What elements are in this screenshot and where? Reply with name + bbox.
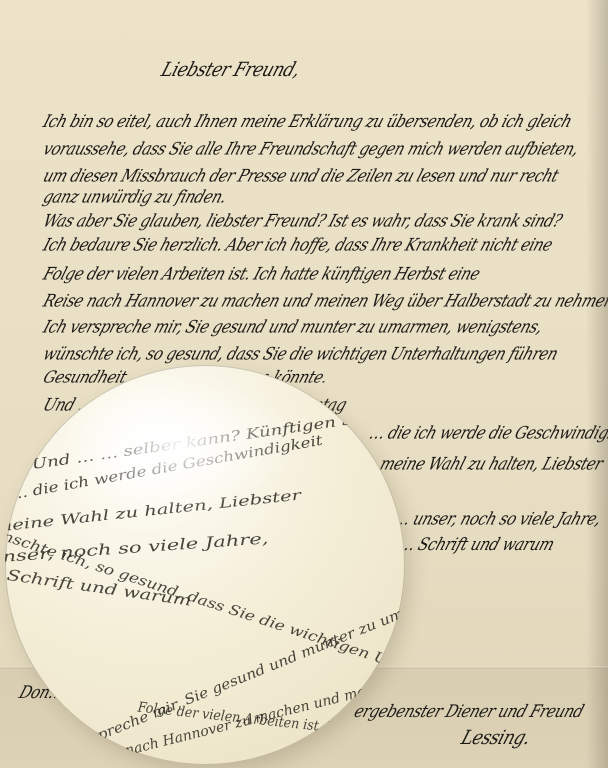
letter-line: … unser, noch so viele Jahre, <box>392 509 604 530</box>
letter-line: wünschte ich, so gesund, dass Sie die wi… <box>41 344 561 365</box>
sphere-magnifier-overlay: Und … … selber kann? Künftigen Sonntag …… <box>5 365 405 765</box>
letter-line: um diesen Missbrauch der Presse und die … <box>41 166 562 187</box>
letter-line: … Schrift und warum <box>397 534 557 555</box>
letter-line: Folge der vielen Arbeiten ist. Ich hatte… <box>41 264 483 285</box>
letter-signature: Lessing. <box>458 727 533 750</box>
letter-line: Ich bedaure Sie herzlich. Aber ich hoffe… <box>41 235 555 256</box>
sphere-highlight <box>65 375 295 515</box>
letter-line: Ich verspreche mir, Sie gesund und munte… <box>41 317 545 338</box>
letter-line: Reise nach Hannover zu machen und meinen… <box>41 291 608 312</box>
letter-line: ganz unwürdig zu finden. <box>41 187 230 208</box>
letter-line: voraussehe, dass Sie alle Ihre Freundsch… <box>41 139 582 160</box>
letter-salutation: Liebster Freund, <box>158 59 302 82</box>
letter-line: Was aber Sie glauben, liebster Freund? I… <box>41 211 565 232</box>
letter-line: Ich bin so eitel, auch Ihnen meine Erklä… <box>41 111 575 132</box>
